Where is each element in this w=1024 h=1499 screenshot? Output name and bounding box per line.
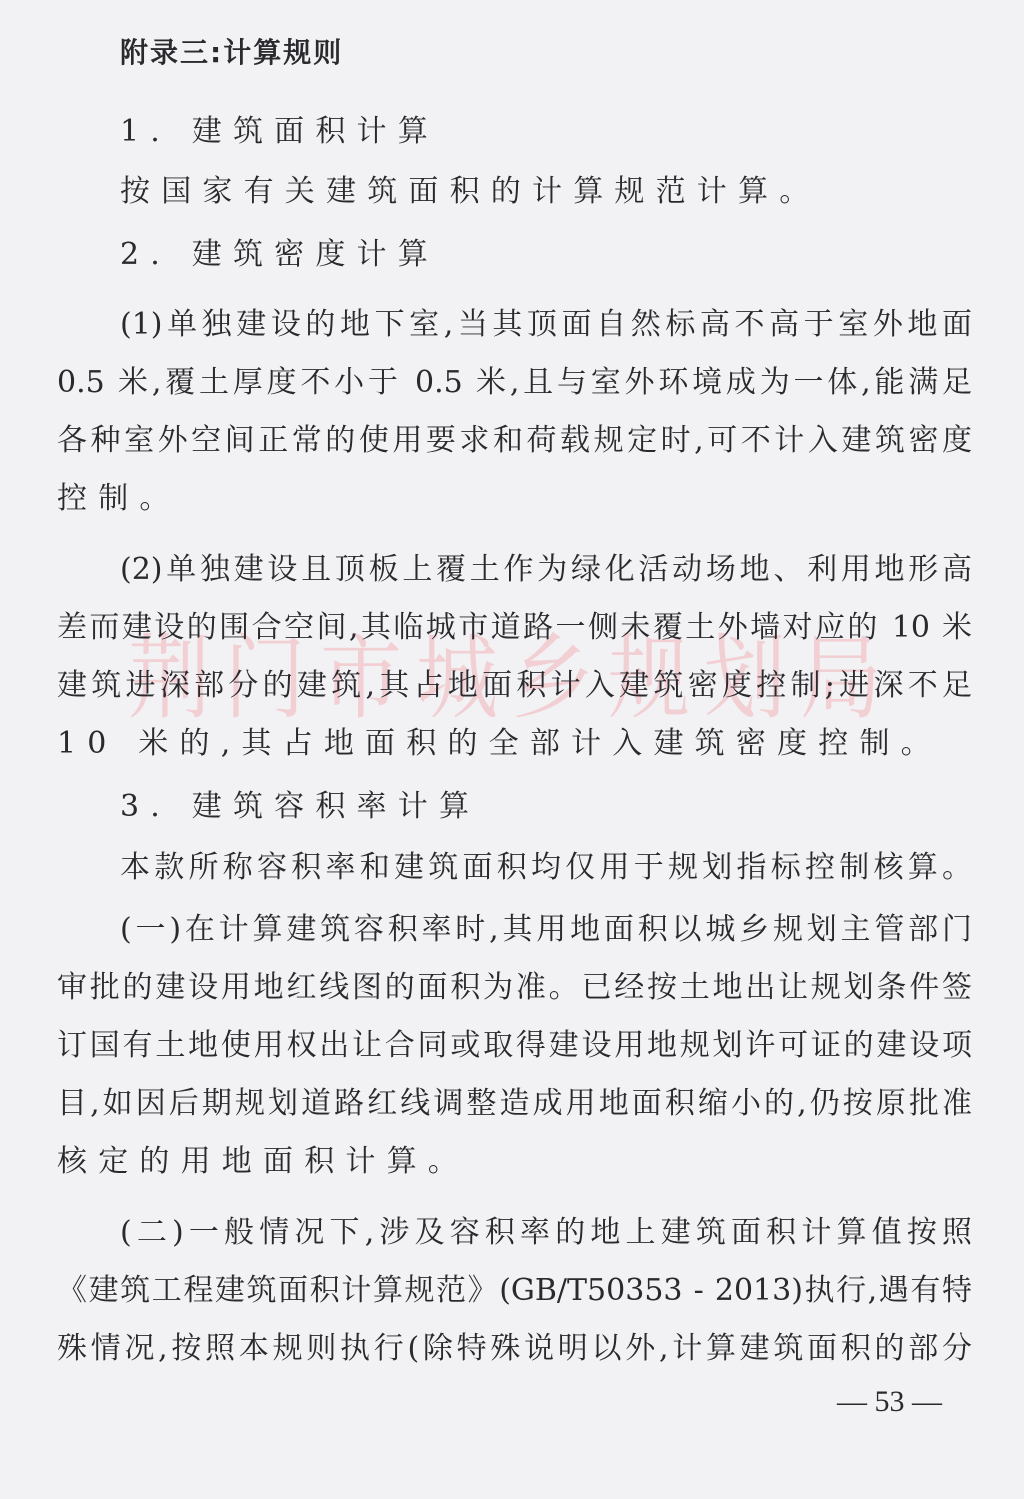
section-2-para-1-line-4: 控制。 bbox=[57, 479, 972, 519]
section-3-para-2-line-1: (二)一般情况下,涉及容积率的地上建筑面积计算值按照 bbox=[120, 1213, 972, 1253]
section-3-heading: 3. 建筑容积率计算 bbox=[120, 787, 972, 827]
section-1-body: 按国家有关建筑面积的计算规范计算。 bbox=[120, 172, 972, 212]
section-3-para-1-line-1: (一)在计算建筑容积率时,其用地面积以城乡规划主管部门 bbox=[120, 910, 972, 950]
section-2-para-2-line-2: 差而建设的围合空间,其临城市道路一侧未覆土外墙对应的 10 米 bbox=[57, 608, 972, 648]
section-2-para-1-line-3: 各种室外空间正常的使用要求和荷载规定时,可不计入建筑密度 bbox=[57, 421, 972, 461]
section-2-para-2-line-1: (2)单独建设且顶板上覆土作为绿化活动场地、利用地形高 bbox=[120, 550, 972, 590]
section-2-para-1-line-2: 0.5 米,覆土厚度不小于 0.5 米,且与室外环境成为一体,能满足 bbox=[57, 363, 972, 403]
section-2-heading: 2. 建筑密度计算 bbox=[120, 235, 972, 275]
section-2-para-1-line-1: (1)单独建设的地下室,当其顶面自然标高不高于室外地面 bbox=[120, 305, 972, 345]
section-3-intro: 本款所称容积率和建筑面积均仅用于规划指标控制核算。 bbox=[120, 848, 972, 888]
section-3-para-2-line-2: 《建筑工程建筑面积计算规范》(GB/T50353 - 2013)执行,遇有特 bbox=[57, 1271, 972, 1311]
section-2-para-2-line-4: 10 米的,其占地面积的全部计入建筑密度控制。 bbox=[57, 724, 972, 764]
document-page: 荆门市城乡规划局 附录三:计算规则 1. 建筑面积计算 按国家有关建筑面积的计算… bbox=[0, 0, 1024, 1499]
page-number: — 53 — bbox=[832, 1382, 947, 1422]
section-2-para-2-line-3: 建筑进深部分的建筑,其占地面积计入建筑密度控制;进深不足 bbox=[57, 666, 972, 706]
section-1-heading: 1. 建筑面积计算 bbox=[120, 112, 972, 152]
section-3-para-2-line-3: 殊情况,按照本规则执行(除特殊说明以外,计算建筑面积的部分 bbox=[57, 1329, 972, 1369]
section-3-para-1-line-2: 审批的建设用地红线图的面积为准。已经按土地出让规划条件签 bbox=[57, 968, 972, 1008]
section-3-para-1-line-4: 目,如因后期规划道路红线调整造成用地面积缩小的,仍按原批准 bbox=[57, 1084, 972, 1124]
section-3-para-1-line-5: 核定的用地面积计算。 bbox=[57, 1142, 972, 1182]
appendix-title: 附录三:计算规则 bbox=[120, 33, 972, 73]
section-3-para-1-line-3: 订国有土地使用权出让合同或取得建设用地规划许可证的建设项 bbox=[57, 1026, 972, 1066]
